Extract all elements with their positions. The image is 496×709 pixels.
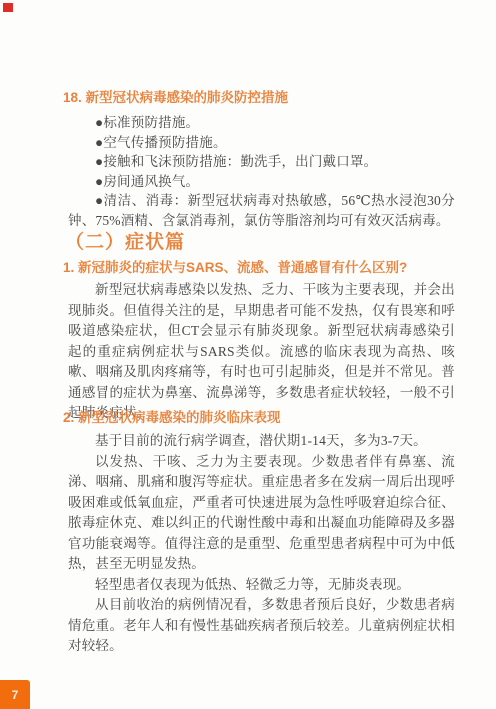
prevention-section-heading: 18. 新型冠状病毒感染的肺炎防控措施 <box>63 89 288 107</box>
bullet-item: ●空气传播预防措施。 <box>68 133 455 153</box>
prevention-bullet-list: ●标准预防措施。 ●空气传播预防措施。 ●接触和飞沫预防措施：勤洗手，出门戴口罩… <box>68 113 455 230</box>
question-1-answer: 新型冠状病毒感染以发热、乏力、干咳为主要表现，并会出现肺炎。但值得关注的是，早期… <box>68 280 455 424</box>
bullet-item: ●清洁、消毒：新型冠状病毒对热敏感，56℃热水浸泡30分钟、75%酒精、含氯消毒… <box>68 191 455 230</box>
bullet-item: ●标准预防措施。 <box>68 113 455 133</box>
document-page: 18. 新型冠状病毒感染的肺炎防控措施 ●标准预防措施。 ●空气传播预防措施。 … <box>0 0 496 709</box>
symptoms-section-heading: （二）症状篇 <box>65 230 185 255</box>
paragraph: 从目前收治的病例情况看，多数患者预后良好，少数患者病情危重。老年人和有慢性基础疾… <box>68 595 455 657</box>
bullet-item: ●接触和飞沫预防措施：勤洗手，出门戴口罩。 <box>68 152 455 172</box>
corner-mark <box>3 3 13 12</box>
bullet-item: ●房间通风换气。 <box>68 172 455 192</box>
question-2-answer: 基于目前的流行病学调查，潜伏期1-14天，多为3-7天。 以发热、干咳、乏力为主… <box>68 431 455 657</box>
question-2-heading: 2. 新型冠状病毒感染的肺炎临床表现 <box>63 409 281 427</box>
page-number-badge: 7 <box>0 680 30 709</box>
paragraph: 轻型患者仅表现为低热、轻微乏力等，无肺炎表现。 <box>68 575 455 596</box>
paragraph: 基于目前的流行病学调查，潜伏期1-14天，多为3-7天。 <box>68 431 455 452</box>
question-1-heading: 1. 新冠肺炎的症状与SARS、流感、普通感冒有什么区别? <box>63 259 407 277</box>
paragraph: 新型冠状病毒感染以发热、乏力、干咳为主要表现，并会出现肺炎。但值得关注的是，早期… <box>68 280 455 424</box>
paragraph: 以发热、干咳、乏力为主要表现。少数患者伴有鼻塞、流涕、咽痛、肌痛和腹泻等症状。重… <box>68 452 455 575</box>
